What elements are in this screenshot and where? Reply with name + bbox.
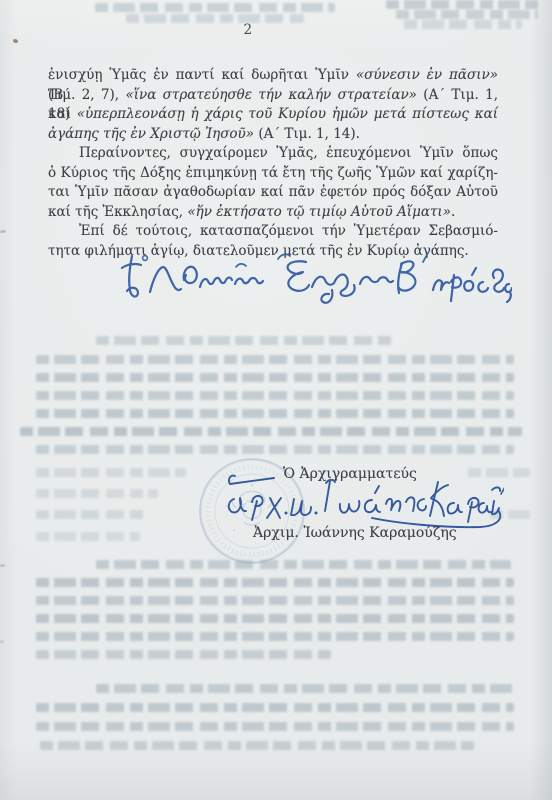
bleedthrough-line bbox=[20, 427, 522, 436]
edge-mark bbox=[0, 640, 4, 643]
edge-mark bbox=[0, 564, 5, 567]
bleedthrough-line bbox=[96, 684, 514, 693]
bleedthrough-line bbox=[36, 373, 514, 382]
bleedthrough-line bbox=[36, 703, 514, 712]
bleedthrough-line bbox=[36, 355, 514, 364]
letter-body: ἐνισχύῃ Ὑμᾶς ἐν παντί καί δωρῆται Ὑμῖν «… bbox=[48, 66, 498, 261]
bleedthrough-line bbox=[36, 614, 514, 623]
bleedthrough-line bbox=[36, 409, 514, 418]
bleedthrough-line bbox=[36, 468, 186, 477]
text-line: καί τῆς Ἐκκλησίας, «ἥν ἐκτήσατο τῷ τιμίῳ… bbox=[48, 203, 498, 223]
text-line: Τιμ. 2, 7), «ἵνα στρατεύησθε τήν καλήν σ… bbox=[48, 86, 498, 106]
secretary-signature bbox=[222, 470, 504, 532]
text-line: Περαίνοντες, συγχαίρομεν Ὑμᾶς, ἐπευχόμεν… bbox=[48, 144, 498, 164]
bleedthrough-line bbox=[36, 578, 514, 587]
bleedthrough-line bbox=[36, 596, 514, 605]
bleedthrough-line bbox=[386, 0, 538, 9]
bleedthrough-line bbox=[36, 510, 148, 519]
text-line: καί «ὑπερπλεονάσῃ ἡ χάρις τοῦ Κυρίου ἡμῶ… bbox=[48, 105, 498, 125]
bleedthrough-line bbox=[36, 722, 514, 731]
page-number: 2 bbox=[238, 22, 258, 38]
paper-speck bbox=[12, 38, 18, 44]
text-line: ἀγάπης τῆς ἐν Χριστῷ Ἰησοῦ» (Α΄ Τιμ. 1, … bbox=[48, 125, 498, 145]
bleedthrough-line bbox=[126, 14, 304, 23]
bleedthrough-line bbox=[36, 489, 158, 498]
bleedthrough-line bbox=[36, 532, 140, 541]
bleedthrough-line bbox=[96, 336, 396, 345]
bleedthrough-line bbox=[36, 650, 332, 659]
archbishop-signature bbox=[116, 250, 512, 308]
scanned-letter-page: 2 ἐνισχύῃ Ὑμᾶς ἐν παντί καί δωρῆται Ὑμῖν… bbox=[0, 0, 552, 800]
bleedthrough-line bbox=[36, 391, 514, 400]
bleedthrough-line bbox=[396, 10, 538, 19]
bleedthrough-line bbox=[36, 445, 514, 454]
text-line: ἐνισχύῃ Ὑμᾶς ἐν παντί καί δωρῆται Ὑμῖν «… bbox=[48, 66, 498, 86]
text-line: Ἐπί δέ τούτοις, κατασπαζόμενοι τήν Ὑμετέ… bbox=[48, 222, 498, 242]
bleedthrough-line bbox=[36, 632, 514, 641]
bleedthrough-line bbox=[40, 741, 474, 750]
text-line: ται Ὑμῖν πᾶσαν ἀγαθοδωρίαν καί πᾶν ἐφετό… bbox=[48, 183, 498, 203]
text-line: ὁ Κύριος τῆς Δόξης ἐπιμηκύνῃ τά ἔτη τῆς … bbox=[48, 164, 498, 184]
secretary-printed-name: Ἀρχιμ. Ἰωάννης Καραμούζης bbox=[253, 525, 457, 541]
bleedthrough-line bbox=[95, 3, 335, 12]
edge-mark bbox=[0, 230, 6, 233]
bleedthrough-line bbox=[404, 20, 522, 29]
